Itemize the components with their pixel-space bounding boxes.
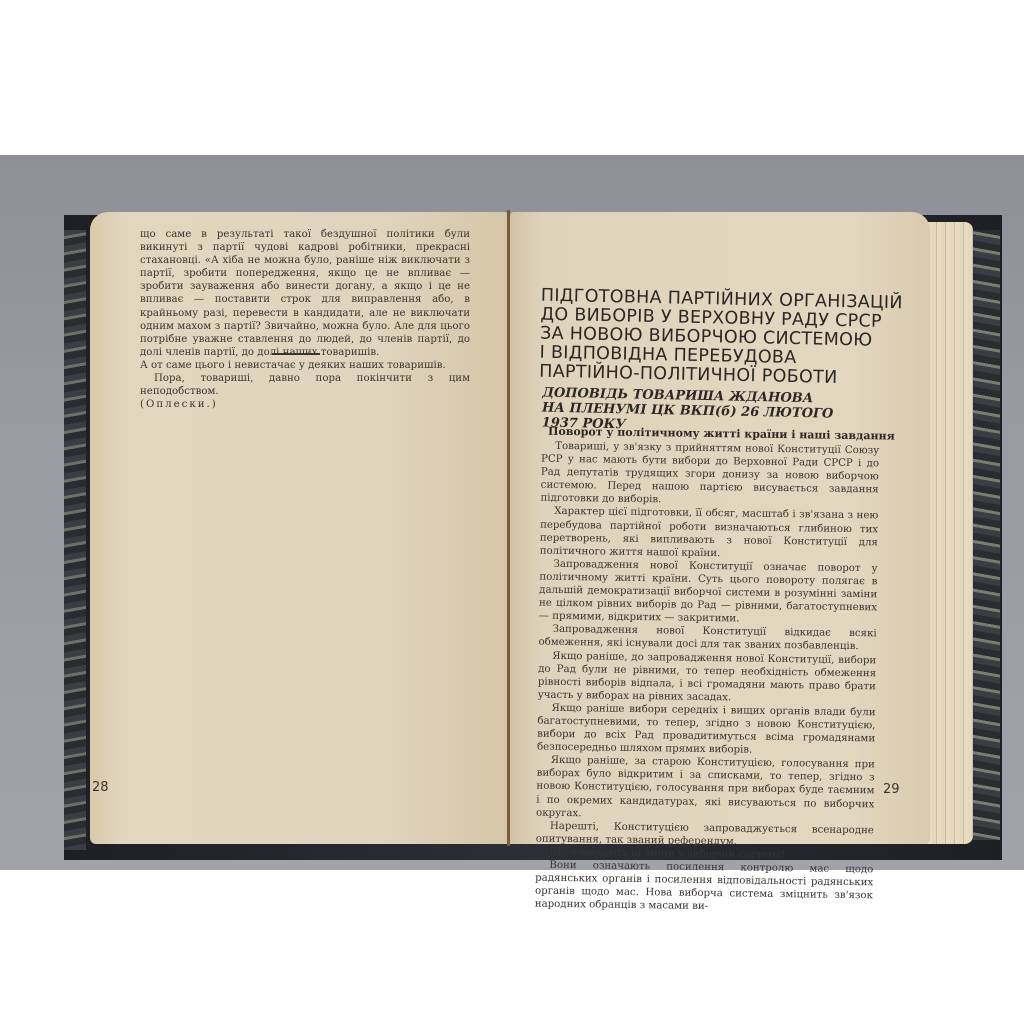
attribution: (Оплески.) (140, 398, 470, 411)
paragraph: Характер цієї підготовки, її обсяг, масш… (540, 505, 879, 562)
cover-marbled-edge-left (64, 230, 86, 850)
paragraph: Якщо раніше, до запровадження нової Конс… (538, 649, 877, 706)
chapter-title: ПІДГОТОВНА ПАРТІЙНИХ ОРГАНІЗАЦІЙ ДО ВИБО… (539, 287, 861, 389)
page-number-right: 29 (883, 782, 900, 797)
paragraph: Товариші, у зв'язку з прийняттям нової К… (540, 440, 879, 510)
paragraph: Запровадження нової Конституції означає … (539, 557, 878, 627)
paragraph: А от саме цього і невистачає у деяких на… (140, 359, 470, 372)
right-page-text: Товариші, у зв'язку з прийняттям нової К… (535, 440, 880, 916)
paragraph: Вони означають посилення контролю мас що… (535, 859, 874, 916)
left-page-text: що саме в результаті такої бездушної пол… (140, 228, 470, 411)
paragraph: Якщо раніше, за старою Конституцією, гол… (536, 754, 875, 824)
paragraph: Якщо раніше вибори середніх і вищих орга… (537, 702, 876, 759)
paragraph: Пора, товариші, давно пора покінчити з ц… (140, 372, 470, 398)
page-number-left: 28 (92, 780, 109, 795)
paragraph: Запровадження нової Конституції відкидає… (538, 623, 876, 654)
book-spine (507, 210, 510, 846)
section-divider (272, 353, 320, 355)
paragraph: що саме в результаті такої бездушної пол… (140, 228, 470, 359)
